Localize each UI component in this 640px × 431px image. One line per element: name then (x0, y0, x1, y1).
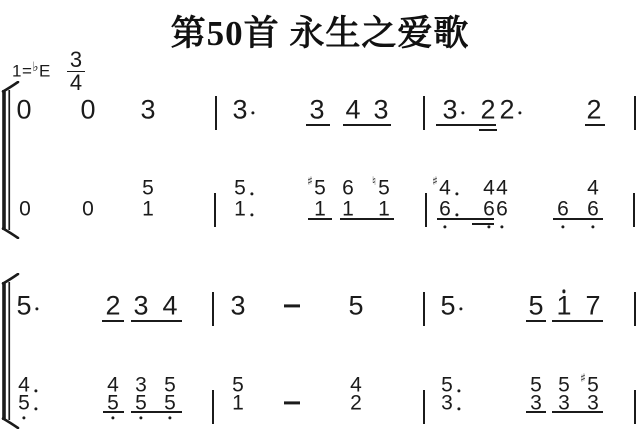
note-digit: 3 (133, 293, 148, 320)
note-digit: 4 (345, 97, 360, 124)
note-digit: 1 (378, 199, 390, 220)
note-digit: 1 (142, 199, 154, 220)
sustain-dash (284, 304, 300, 307)
note-digit: 4 (18, 375, 30, 396)
note-digit: 6 (342, 178, 354, 199)
beam-underline (102, 320, 124, 322)
augmentation-dot (455, 192, 458, 195)
note-digit: 5 (16, 293, 31, 320)
note-digit: 4 (350, 375, 362, 396)
beam-underline (472, 223, 494, 225)
beam-underline (553, 218, 603, 220)
note-digit: 0 (19, 199, 31, 220)
beam-underline (552, 320, 603, 322)
note-digit: 3 (309, 97, 324, 124)
octave-dot (22, 416, 25, 419)
note-digit: 0 (16, 97, 31, 124)
beam-underline (340, 218, 394, 220)
note-digit: 2 (105, 293, 120, 320)
augmentation-dot (459, 307, 462, 310)
tonic-prefix: 1= (12, 62, 32, 81)
augmentation-dot (461, 111, 464, 114)
note-digit: 3 (373, 97, 388, 124)
note-digit: 2 (586, 97, 601, 124)
note-digit: 5 (232, 375, 244, 396)
barline (423, 292, 425, 326)
tonic-letter: E (39, 62, 51, 81)
octave-dot (561, 225, 564, 228)
note-digit: 4 (587, 178, 599, 199)
note-digit: 4 (439, 178, 451, 199)
barline (633, 193, 635, 227)
barline (423, 96, 425, 130)
octave-dot (591, 225, 594, 228)
note-digit: 2 (480, 97, 495, 124)
song-title: 第50首 永生之爱歌 (171, 6, 470, 56)
note-digit: 4 (496, 178, 508, 199)
octave-dot (139, 416, 142, 419)
barline (634, 390, 636, 424)
octave-dot (443, 225, 446, 228)
time-signature-numerator: 3 (67, 50, 85, 72)
tonic-notation: 1=♭E (12, 59, 51, 82)
note-digit: 3 (135, 375, 147, 396)
beam-underline (308, 218, 332, 220)
augmentation-dot (250, 192, 253, 195)
note-digit: 5 (164, 375, 176, 396)
note-digit: 3 (230, 293, 245, 320)
note-digit: 6 (557, 199, 569, 220)
note-digit: 6 (483, 199, 495, 220)
key-signature: 1=♭E 3 4 (12, 50, 85, 93)
octave-dot (487, 225, 490, 228)
barline (212, 292, 214, 326)
note-digit: 5 (441, 375, 453, 396)
note-digit: 5 (142, 178, 154, 199)
note-digit: 6 (496, 199, 508, 220)
note-digit: 6 (439, 199, 451, 220)
note-digit: 5 (234, 178, 246, 199)
octave-dot (111, 416, 114, 419)
augmentation-dot (457, 389, 460, 392)
beam-underline (437, 218, 494, 220)
beam-underline (479, 129, 497, 131)
barline (423, 390, 425, 424)
note-digit: 7 (585, 293, 600, 320)
note-digit: 5 (587, 375, 599, 396)
note-digit: 3 (140, 97, 155, 124)
note-digit: 5 (440, 293, 455, 320)
time-signature: 3 4 (67, 50, 85, 93)
barline (212, 390, 214, 424)
barline (634, 96, 636, 130)
octave-dot (500, 225, 503, 228)
natural-sign: ♮ (372, 174, 376, 188)
note-digit: 5 (530, 375, 542, 396)
note-digit: 0 (82, 199, 94, 220)
note-digit: 0 (80, 97, 95, 124)
note-digit: 5 (378, 178, 390, 199)
note-digit: 5 (558, 375, 570, 396)
augmentation-dot (250, 213, 253, 216)
beam-underline (552, 411, 603, 413)
note-digit: 1 (234, 199, 246, 220)
note-digit: 4 (483, 178, 495, 199)
barline (214, 193, 216, 227)
augmentation-dot (251, 111, 254, 114)
sustain-dash (284, 401, 300, 404)
beam-underline (436, 124, 496, 126)
note-digit: 4 (162, 293, 177, 320)
barline (425, 193, 427, 227)
note-digit: 2 (499, 97, 514, 124)
sheet-music-page: 第50首 永生之爱歌 1=♭E 3 4 0033343322200151515♯… (0, 0, 640, 431)
note-digit: 6 (587, 199, 599, 220)
note-digit: 1 (556, 293, 571, 320)
note-digit: 4 (107, 375, 119, 396)
note-digit: 3 (442, 97, 457, 124)
augmentation-dot (34, 407, 37, 410)
augmentation-dot (518, 111, 521, 114)
note-digit: 5 (528, 293, 543, 320)
time-signature-denominator: 4 (67, 72, 85, 93)
beam-underline (103, 411, 124, 413)
beam-underline (585, 124, 605, 126)
beam-underline (343, 124, 391, 126)
barline (634, 292, 636, 326)
beam-underline (526, 411, 546, 413)
note-digit: 5 (314, 178, 326, 199)
flat-sign: ♭ (32, 60, 39, 75)
augmentation-dot (457, 407, 460, 410)
barline (215, 96, 217, 130)
sharp-sign: ♯ (432, 174, 438, 188)
augmentation-dot (455, 213, 458, 216)
sharp-sign: ♯ (307, 174, 313, 188)
note-digit: 1 (314, 199, 326, 220)
beam-underline (306, 124, 330, 126)
beam-underline (526, 320, 546, 322)
beam-underline (131, 411, 182, 413)
augmentation-dot (35, 307, 38, 310)
beam-underline (131, 320, 182, 322)
octave-dot (168, 416, 171, 419)
sharp-sign: ♯ (580, 371, 586, 385)
note-digit: 5 (348, 293, 363, 320)
augmentation-dot (34, 389, 37, 392)
note-digit: 3 (232, 97, 247, 124)
note-digit: 1 (342, 199, 354, 220)
